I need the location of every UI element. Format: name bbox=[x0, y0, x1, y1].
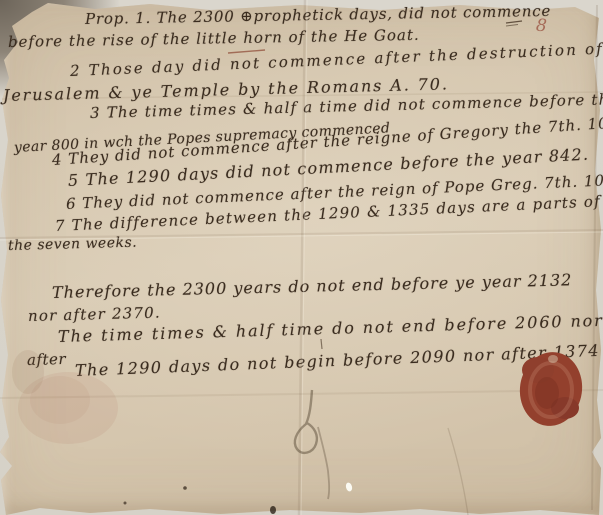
handwritten-line: nor after 2370. bbox=[28, 305, 161, 325]
manuscript-scan: Prop. 1. The 2300 ⊕prophetick days, did … bbox=[0, 0, 603, 515]
handwriting-layer: Prop. 1. The 2300 ⊕prophetick days, did … bbox=[0, 0, 603, 515]
handwritten-line: Therefore the 2300 years do not end befo… bbox=[52, 271, 573, 301]
page-number: 8 bbox=[535, 16, 547, 37]
handwritten-line: Prop. 1. The 2300 ⊕prophetick days, did … bbox=[85, 3, 551, 28]
handwritten-line: the seven weeks. bbox=[8, 236, 138, 255]
handwritten-line: The 1290 days do not begin before 2090 n… bbox=[75, 342, 601, 380]
handwritten-line: after bbox=[27, 351, 66, 369]
handwritten-line: before the rise of the little horn of th… bbox=[8, 27, 420, 51]
